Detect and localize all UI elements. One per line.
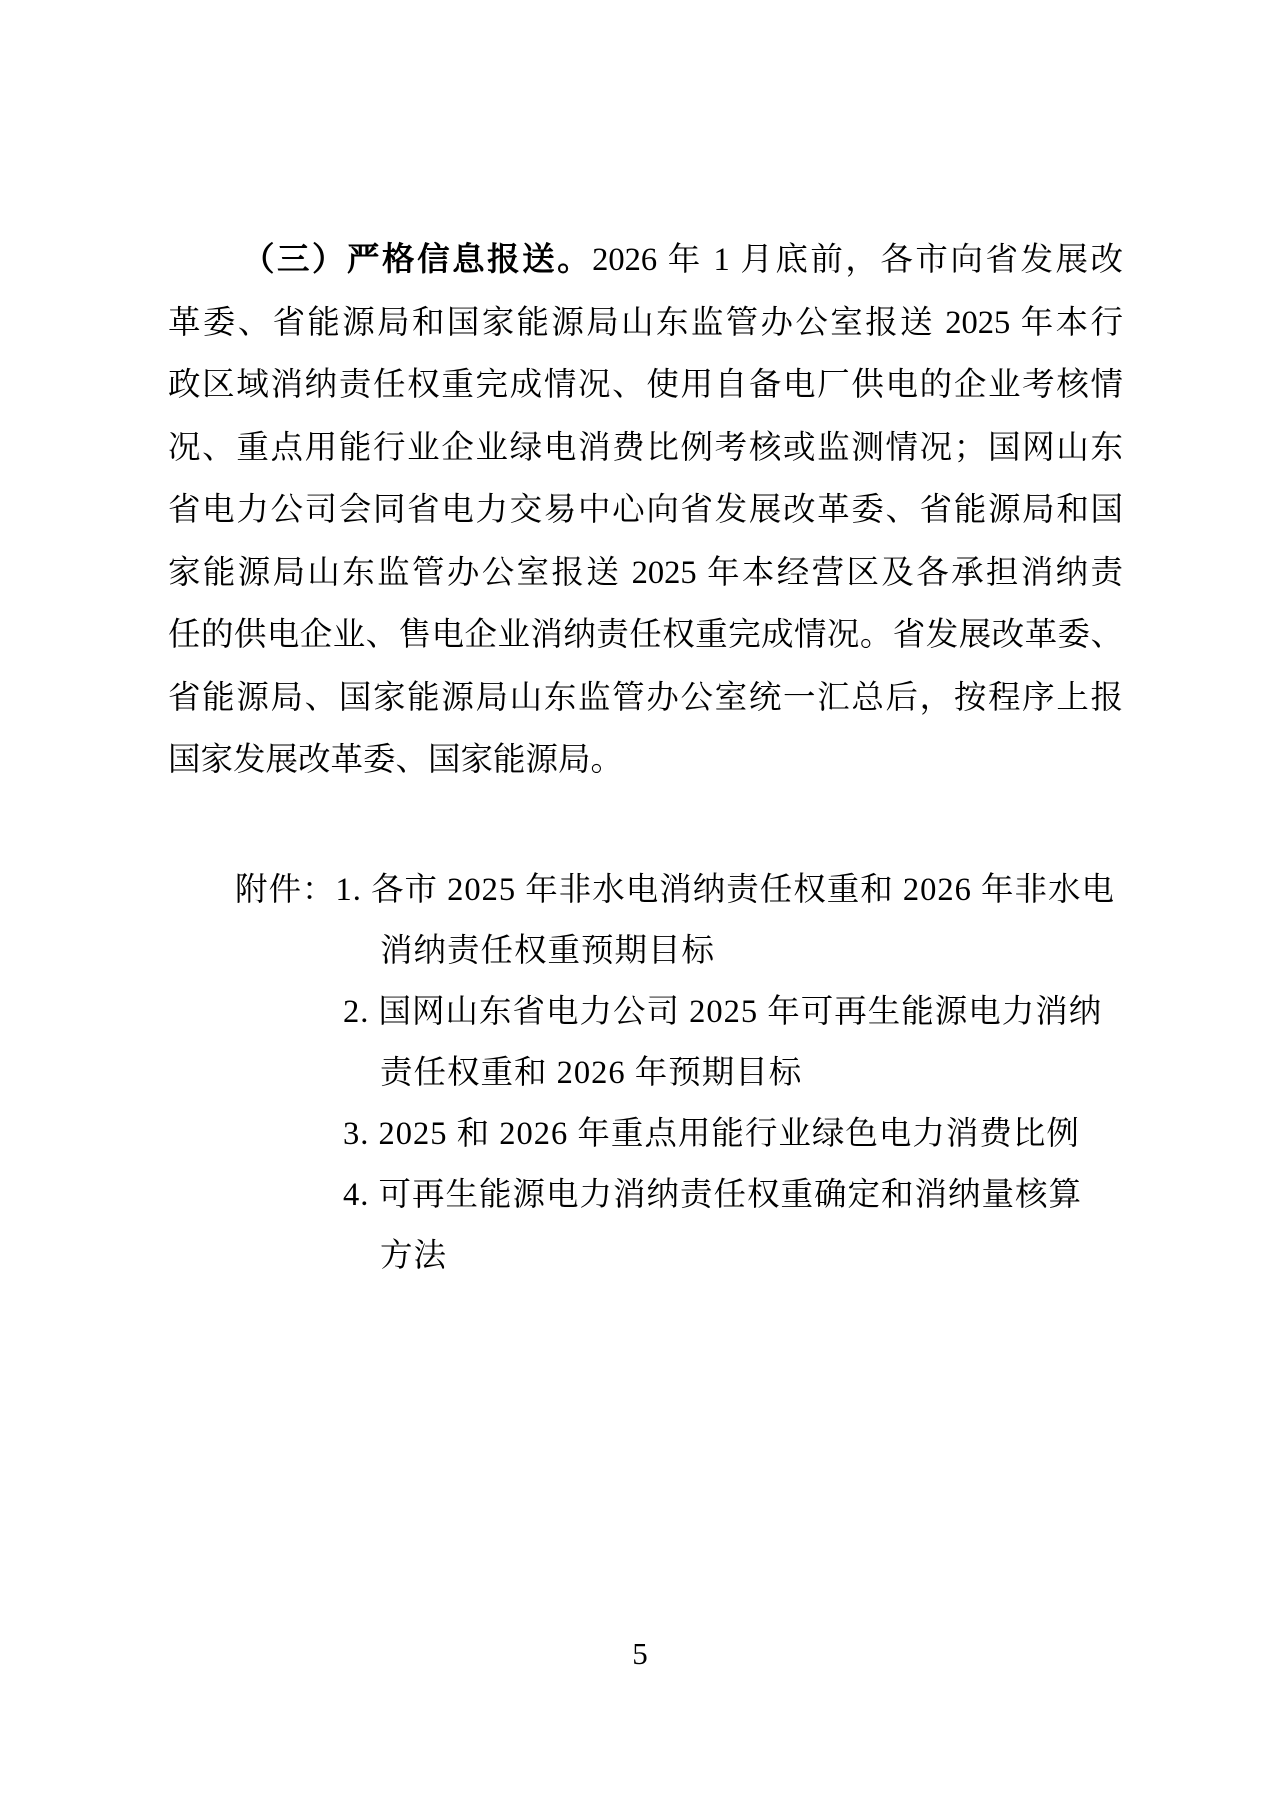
- attachment-line: 4. 可再生能源电力消纳责任权重确定和消纳量核算: [168, 1165, 1158, 1226]
- attachment-line: 方法: [168, 1226, 1158, 1287]
- attachment-line: 消纳责任权重预期目标: [168, 921, 1158, 982]
- body-paragraph: （三）严格信息报送。2026 年 1 月底前，各市向省发展改 革委、省能源局和国…: [168, 229, 1123, 792]
- body-line: （三）严格信息报送。2026 年 1 月底前，各市向省发展改: [168, 229, 1123, 292]
- page-number: 5: [0, 1637, 1280, 1671]
- attachment-line: 3. 2025 和 2026 年重点用能行业绿色电力消费比例: [168, 1104, 1158, 1165]
- body-line: 家能源局山东监管办公室报送 2025 年本经营区及各承担消纳责: [168, 542, 1123, 605]
- paragraph-heading: （三）严格信息报送。: [242, 242, 592, 278]
- body-line: 省电力公司会同省电力交易中心向省发展改革委、省能源局和国: [168, 479, 1123, 542]
- body-line-text: 2026 年 1 月底前，各市向省发展改: [592, 242, 1123, 278]
- body-line: 况、重点用能行业企业绿电消费比例考核或监测情况；国网山东: [168, 417, 1123, 480]
- body-line: 革委、省能源局和国家能源局山东监管办公室报送 2025 年本行: [168, 292, 1123, 355]
- body-line: 国家发展改革委、国家能源局。: [168, 729, 1123, 792]
- body-line: 政区域消纳责任权重完成情况、使用自备电厂供电的企业考核情: [168, 354, 1123, 417]
- document-page: （三）严格信息报送。2026 年 1 月底前，各市向省发展改 革委、省能源局和国…: [0, 0, 1280, 1810]
- attachment-line: 2. 国网山东省电力公司 2025 年可再生能源电力消纳: [168, 982, 1158, 1043]
- body-line: 任的供电企业、售电企业消纳责任权重完成情况。省发展改革委、: [168, 604, 1123, 667]
- attachment-section: 附件：1. 各市 2025 年非水电消纳责任权重和 2026 年非水电 消纳责任…: [168, 860, 1158, 1287]
- body-line: 省能源局、国家能源局山东监管办公室统一汇总后，按程序上报: [168, 667, 1123, 730]
- attachment-line: 附件：1. 各市 2025 年非水电消纳责任权重和 2026 年非水电: [168, 860, 1158, 921]
- attachment-line: 责任权重和 2026 年预期目标: [168, 1043, 1158, 1104]
